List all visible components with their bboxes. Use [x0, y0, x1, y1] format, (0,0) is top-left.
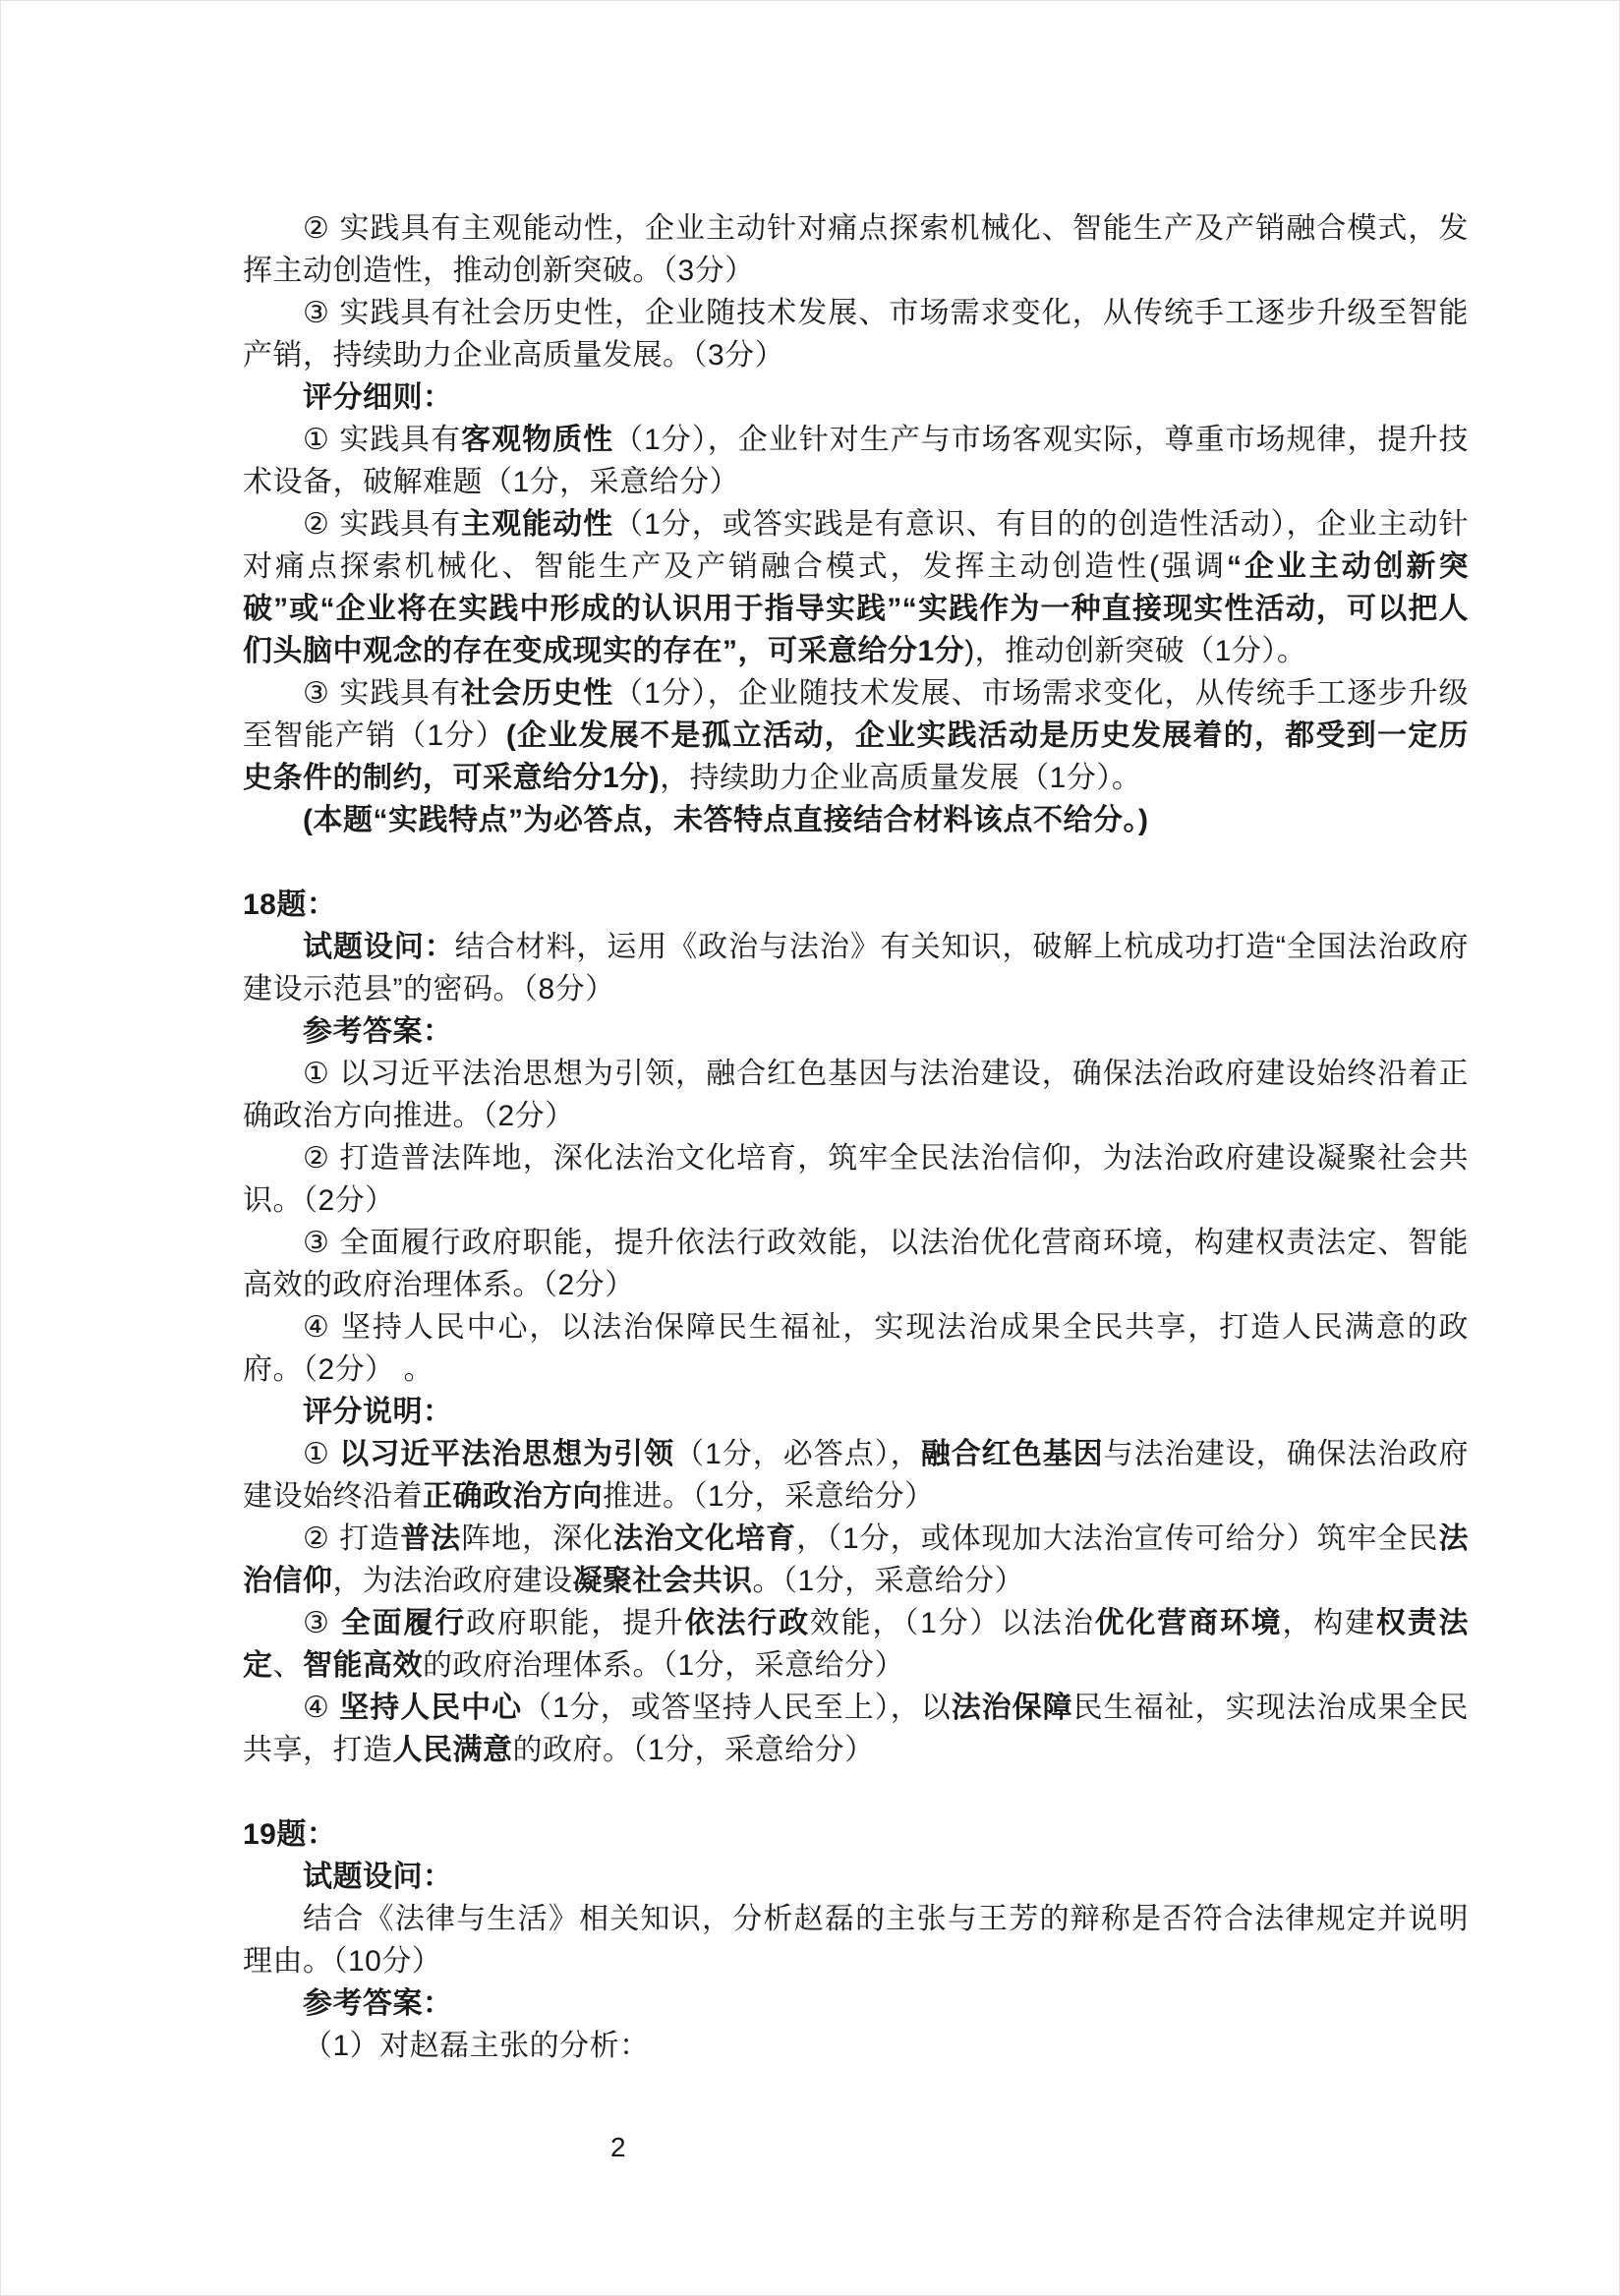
text-run: )，推动创新突破（1分）。	[964, 635, 1306, 667]
q17-rubric-heading: 评分细则：	[243, 376, 1469, 419]
spacer-1	[243, 841, 1469, 884]
emphasis-run: 社会历史性	[461, 677, 613, 710]
emphasis-run: 18题：	[243, 889, 336, 921]
q17-rubric-point-1: ① 实践具有客观物质性（1分），企业针对生产与市场客观实际，尊重市场规律，提升技…	[243, 419, 1469, 503]
emphasis-run: 试题设问：	[303, 931, 455, 963]
q18-answer-point-1: ① 以习近平法治思想为引领，融合红色基因与法治建设，确保法治政府建设始终沿着正确…	[243, 1053, 1469, 1137]
q19-answer-heading: 参考答案：	[243, 1982, 1469, 2025]
text-run: ② 打造	[303, 1522, 400, 1555]
emphasis-run: 评分说明：	[303, 1396, 453, 1428]
q17-answer-point-3: ③ 实践具有社会历史性，企业随技术发展、市场需求变化，从传统手工逐步升级至智能产…	[243, 292, 1469, 376]
text-run: 阵地，深化	[461, 1522, 613, 1555]
text-run: ① 实践具有	[303, 424, 461, 456]
text-run: ③ 实践具有社会历史性，企业随技术发展、市场需求变化，从传统手工逐步升级至智能产…	[243, 297, 1469, 372]
text-run: （1分，必答点），	[674, 1438, 921, 1470]
emphasis-run: 以习近平法治思想为引领	[339, 1438, 674, 1470]
q18-question: 试题设问：结合材料，运用《政治与法治》有关知识，破解上杭成功打造“全国法治政府建…	[243, 926, 1469, 1010]
emphasis-run: 法治文化培育	[613, 1522, 796, 1555]
text-run: ，（1分，或体现加大法治宣传可给分）筑牢全民	[796, 1522, 1438, 1555]
q18-rubric-point-2: ② 打造普法阵地，深化法治文化培育，（1分，或体现加大法治宣传可给分）筑牢全民法…	[243, 1518, 1469, 1602]
emphasis-run: 依法行政	[685, 1607, 810, 1639]
q17-rubric-note: (本题“实践特点”为必答点，未答特点直接结合材料该点不给分。)	[243, 799, 1469, 841]
text-run: 政府职能，提升	[466, 1607, 685, 1639]
q19-question-text: 结合《法律与生活》相关知识，分析赵磊的主张与王芳的辩称是否符合法律规定并说明理由…	[243, 1898, 1469, 1982]
emphasis-run: 参考答案：	[303, 1987, 453, 2020]
emphasis-run: 主观能动性	[461, 508, 613, 541]
q19-answer-part-1: （1）对赵磊主张的分析：	[243, 2025, 1469, 2067]
text-run: 结合《法律与生活》相关知识，分析赵磊的主张与王芳的辩称是否符合法律规定并说明理由…	[243, 1903, 1469, 1978]
spacer-2	[243, 1771, 1469, 1813]
page-number: 2	[610, 2126, 626, 2168]
q19-question-heading: 试题设问：	[243, 1856, 1469, 1898]
emphasis-run: 融合红色基因	[921, 1438, 1104, 1470]
text-run: ② 实践具有主观能动性，企业主动针对痛点探索机械化、智能生产及产销融合模式，发挥…	[243, 212, 1469, 287]
emphasis-run: 试题设问：	[303, 1861, 453, 1893]
text-run: ④ 坚持人民中心，以法治保障民生福祉，实现法治成果全民共享，打造人民满意的政府。…	[243, 1311, 1469, 1386]
text-run: ，构建	[1282, 1607, 1375, 1639]
q18-rubric-point-4: ④ 坚持人民中心（1分，或答坚持人民至上），以法治保障民生福祉，实现法治成果全民…	[243, 1687, 1469, 1771]
text-run: ② 打造普法阵地，深化法治文化培育，筑牢全民法治信仰，为法治政府建设凝聚社会共识…	[243, 1142, 1469, 1217]
text-run: ① 以习近平法治思想为引领，融合红色基因与法治建设，确保法治政府建设始终沿着正确…	[243, 1058, 1469, 1132]
q19-heading: 19题：	[243, 1813, 1469, 1856]
emphasis-run: 19题：	[243, 1818, 336, 1851]
emphasis-run: 评分细则：	[303, 381, 453, 414]
emphasis-run: 优化营商环境	[1095, 1607, 1283, 1639]
emphasis-run: 人民满意	[393, 1734, 513, 1766]
q18-rubric-point-1: ① 以习近平法治思想为引领（1分，必答点），融合红色基因与法治建设，确保法治政府…	[243, 1433, 1469, 1518]
q18-answer-point-3: ③ 全面履行政府职能，提升依法行政效能，以法治优化营商环境，构建权责法定、智能高…	[243, 1222, 1469, 1306]
text-run: 推进。（1分，采意给分）	[603, 1480, 935, 1513]
q17-rubric-point-3: ③ 实践具有社会历史性（1分），企业随技术发展、市场需求变化，从传统手工逐步升级…	[243, 672, 1469, 799]
text-run: ③	[303, 1607, 341, 1639]
q18-answer-point-2: ② 打造普法阵地，深化法治文化培育，筑牢全民法治信仰，为法治政府建设凝聚社会共识…	[243, 1137, 1469, 1222]
text-run: 的政府。（1分，采意给分）	[513, 1734, 875, 1766]
text-run: ，持续助力企业高质量发展（1分）。	[660, 762, 1141, 794]
text-run: 的政府治理体系。（1分，采意给分）	[423, 1649, 904, 1682]
q18-rubric-point-3: ③ 全面履行政府职能，提升依法行政效能，（1分）以法治优化营商环境，构建权责法定…	[243, 1602, 1469, 1687]
emphasis-run: 客观物质性	[461, 424, 613, 456]
emphasis-run: 凝聚社会共识	[573, 1565, 753, 1597]
text-run: 效能，（1分）以法治	[810, 1607, 1095, 1639]
text-run: ② 实践具有	[303, 508, 461, 541]
text-run: 。（1分，采意给分）	[753, 1565, 1025, 1597]
text-run: ④	[303, 1692, 339, 1724]
emphasis-run: 参考答案：	[303, 1015, 453, 1048]
emphasis-run: 正确政治方向	[423, 1480, 603, 1513]
q17-answer-point-2: ② 实践具有主观能动性，企业主动针对痛点探索机械化、智能生产及产销融合模式，发挥…	[243, 207, 1469, 292]
emphasis-run: 坚持人民中心	[339, 1692, 522, 1724]
q18-answer-point-4: ④ 坚持人民中心，以法治保障民生福祉，实现法治成果全民共享，打造人民满意的政府。…	[243, 1306, 1469, 1391]
emphasis-run: 智能高效	[303, 1649, 423, 1682]
text-run: ①	[303, 1438, 339, 1470]
text-run: （1）对赵磊主张的分析：	[303, 2030, 650, 2062]
emphasis-run: 法治保障	[952, 1692, 1073, 1724]
text-run: ，为法治政府建设	[333, 1565, 573, 1597]
emphasis-run: 全面履行	[341, 1607, 466, 1639]
document-body: ② 实践具有主观能动性，企业主动针对痛点探索机械化、智能生产及产销融合模式，发挥…	[243, 207, 1469, 2067]
emphasis-run: (本题“实践特点”为必答点，未答特点直接结合材料该点不给分。)	[303, 804, 1148, 836]
text-run: 、	[273, 1649, 304, 1682]
q18-rubric-heading: 评分说明：	[243, 1391, 1469, 1433]
emphasis-run: 普法	[400, 1522, 461, 1555]
text-run: （1分，或答坚持人民至上），以	[522, 1692, 952, 1724]
text-run: ③ 实践具有	[303, 677, 461, 710]
q17-rubric-point-2: ② 实践具有主观能动性（1分，或答实践是有意识、有目的的创造性活动），企业主动针…	[243, 503, 1469, 672]
q18-heading: 18题：	[243, 884, 1469, 926]
text-run: ③ 全面履行政府职能，提升依法行政效能，以法治优化营商环境，构建权责法定、智能高…	[243, 1227, 1469, 1301]
q18-answer-heading: 参考答案：	[243, 1010, 1469, 1053]
document-page: ② 实践具有主观能动性，企业主动针对痛点探索机械化、智能生产及产销融合模式，发挥…	[0, 0, 1620, 2296]
